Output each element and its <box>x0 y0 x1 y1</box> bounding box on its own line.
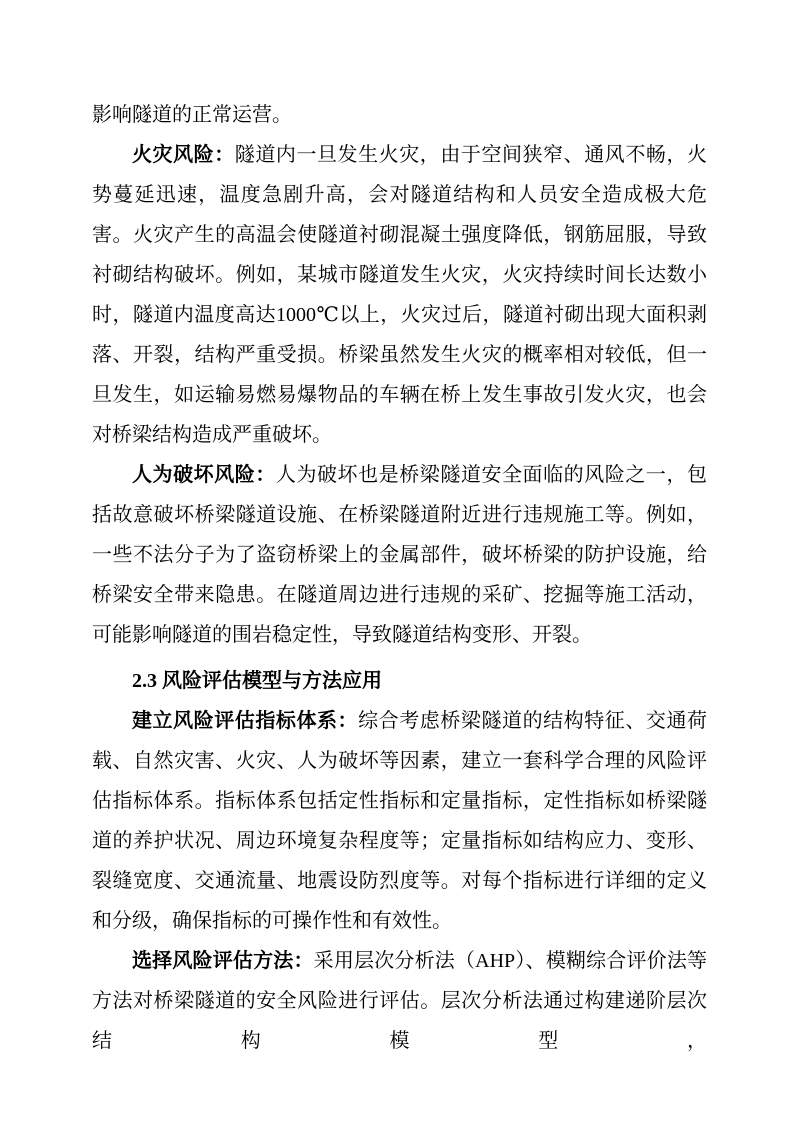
document-page: 影响隧道的正常运营。 火灾风险：隧道内一旦发生火灾，由于空间狭窄、通风不畅，火势… <box>0 0 793 1122</box>
paragraph-indicator-system: 建立风险评估指标体系：综合考虑桥梁隧道的结构特征、交通荷载、自然灾害、火灾、人为… <box>92 701 707 941</box>
paragraph-tunnel-operation-continuation: 影响隧道的正常运营。 <box>92 95 707 135</box>
fire-risk-lead-label: 火灾风险： <box>132 144 235 166</box>
section-heading-2-3: 2.3 风险评估模型与方法应用 <box>92 661 707 701</box>
indicator-system-lead-label: 建立风险评估指标体系： <box>132 710 358 732</box>
human-damage-risk-lead-label: 人为破坏风险： <box>132 464 276 486</box>
method-selection-lead-label: 选择风险评估方法： <box>132 950 314 972</box>
fire-risk-body-text: 隧道内一旦发生火灾，由于空间狭窄、通风不畅，火势蔓延迅速，温度急剧升高，会对隧道… <box>92 144 707 446</box>
indicator-system-body-text: 综合考虑桥梁隧道的结构特征、交通荷载、自然灾害、火灾、人为破坏等因素，建立一套科… <box>92 710 707 932</box>
paragraph-method-selection: 选择风险评估方法：采用层次分析法（AHP）、模糊综合评价法等方法对桥梁隧道的安全… <box>92 941 707 1061</box>
paragraph-human-damage-risk: 人为破坏风险：人为破坏也是桥梁隧道安全面临的风险之一，包括故意破坏桥梁隧道设施、… <box>92 455 707 655</box>
human-damage-risk-body-text: 人为破坏也是桥梁隧道安全面临的风险之一，包括故意破坏桥梁隧道设施、在桥梁隧道附近… <box>92 464 707 646</box>
paragraph-fire-risk: 火灾风险：隧道内一旦发生火灾，由于空间狭窄、通风不畅，火势蔓延迅速，温度急剧升高… <box>92 135 707 455</box>
